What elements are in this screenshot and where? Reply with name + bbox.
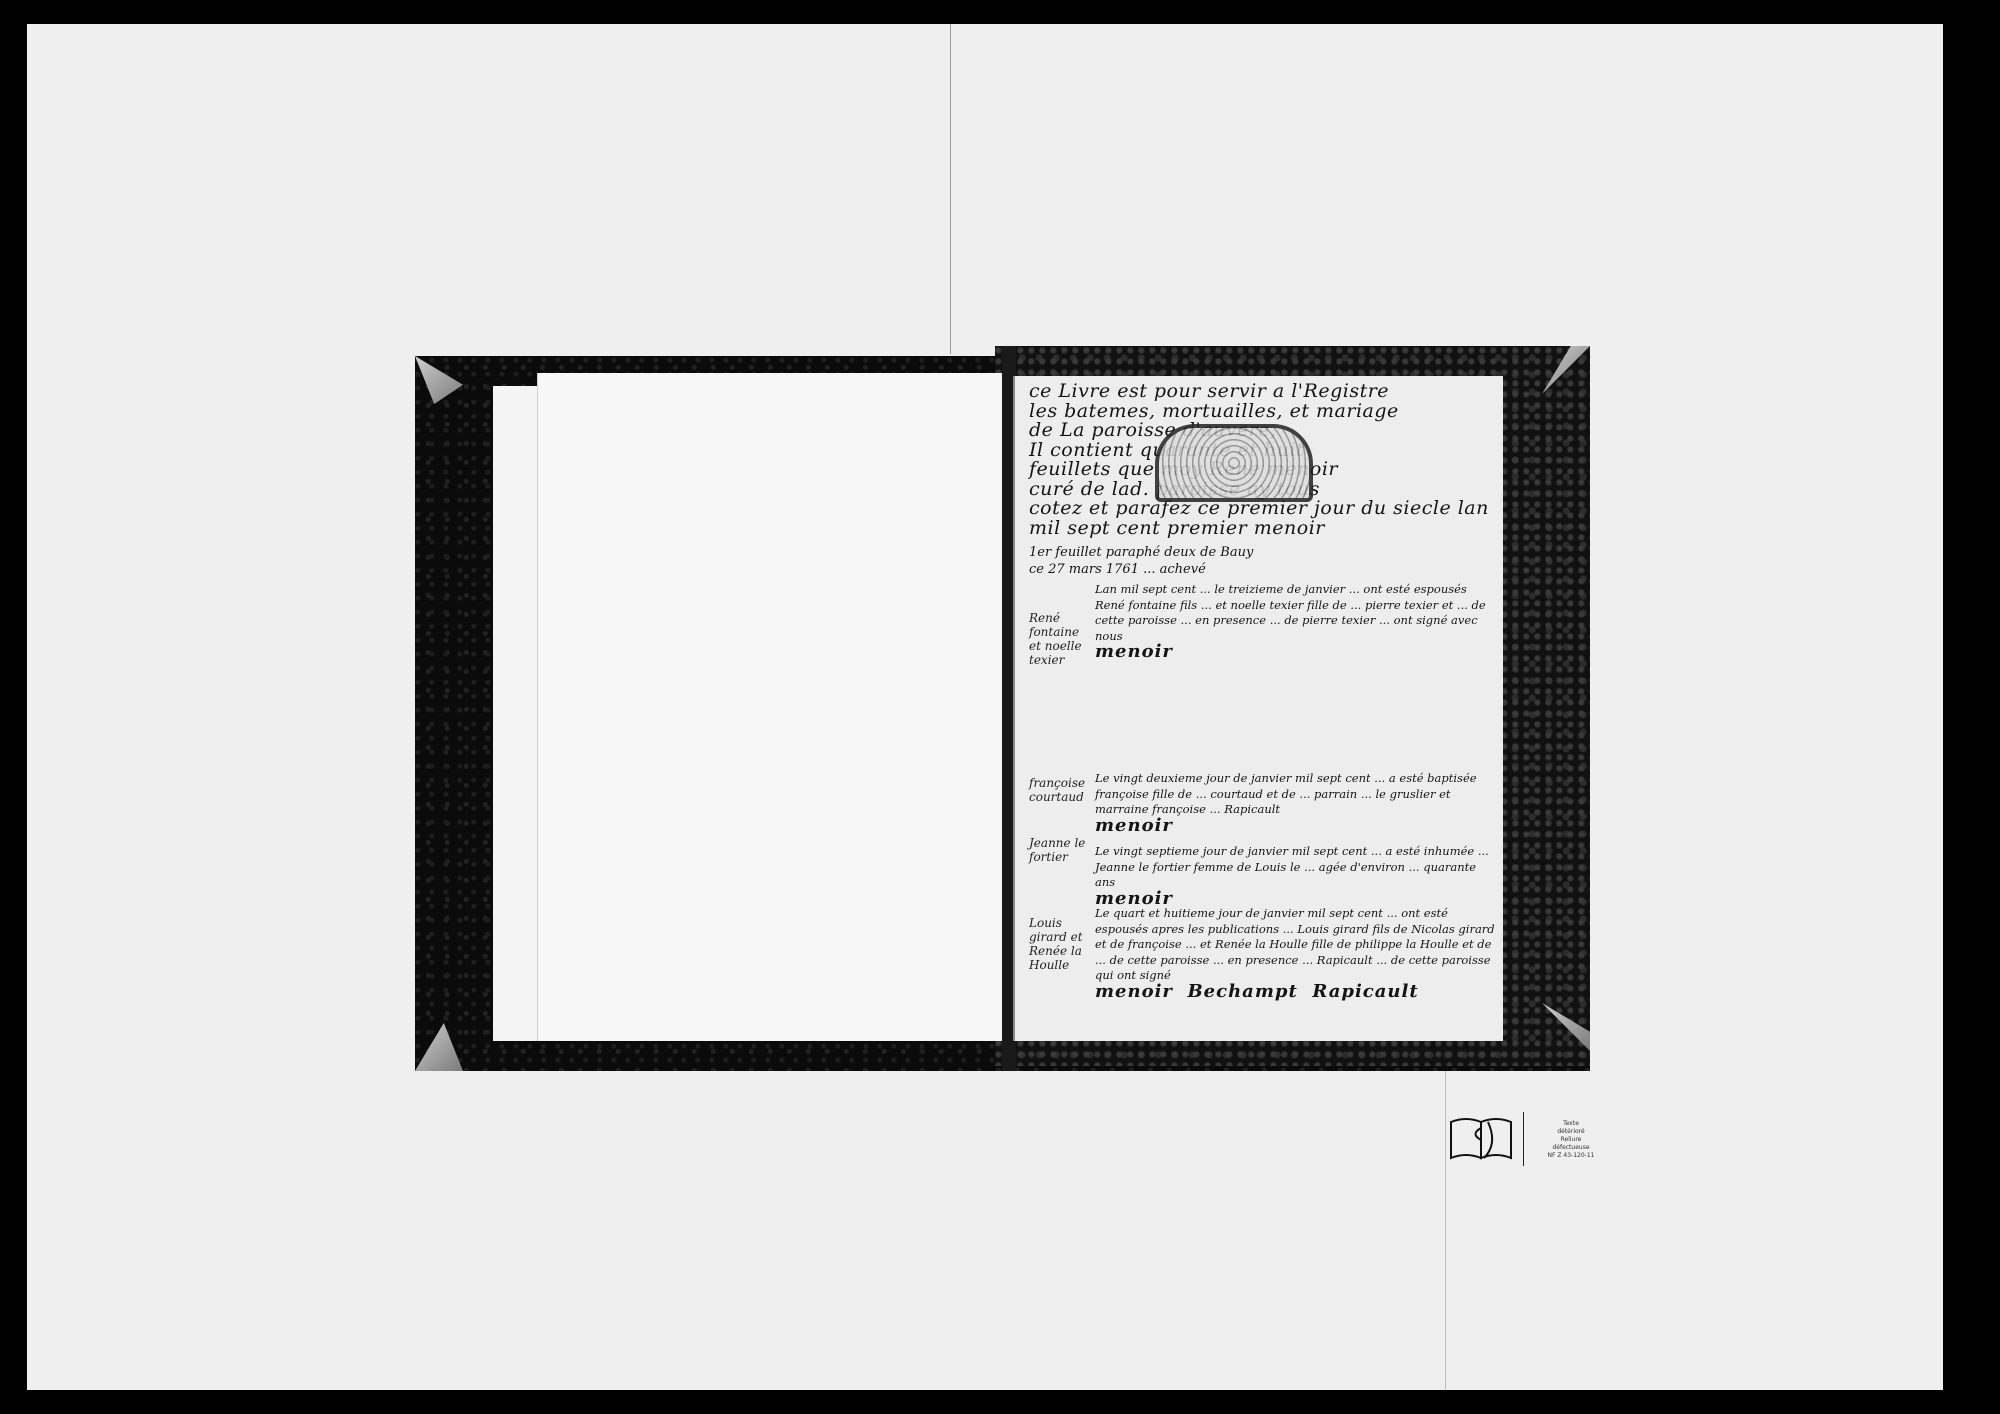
margin-name: René fontaine et noelle texier (1029, 611, 1091, 667)
signature: menoir Bechampt Rapicault (1095, 984, 1495, 1000)
stamp-line: défectueuse (1531, 1144, 1611, 1152)
stamp-line: détérioré (1531, 1128, 1611, 1136)
register-entry: Le vingt deuxieme jour de janvier mil se… (1095, 771, 1495, 833)
signature: menoir (1095, 891, 1495, 907)
register-subnote: 1er feuillet paraphé deux de Bauy ce 27 … (1029, 544, 1253, 578)
signature: menoir (1095, 981, 1173, 1002)
register-entry: Le quart et huitieme jour de janvier mil… (1095, 906, 1495, 999)
margin-name: françoise courtaud (1029, 776, 1091, 804)
damaged-book-icon (1448, 1114, 1516, 1162)
blank-left-page (537, 373, 1011, 1041)
entry-text: Le quart et huitieme jour de janvier mil… (1095, 906, 1495, 984)
entry-text: Le vingt septieme jour de janvier mil se… (1095, 844, 1495, 891)
stamp-line: Texte (1531, 1120, 1611, 1128)
stamp-label: Texte détérioré Reliure défectueuse NF Z… (1531, 1120, 1611, 1160)
stamp-line: NF Z 43-120-11 (1531, 1152, 1611, 1160)
register-entry: Lan mil sept cent ... le treizieme de ja… (1095, 582, 1495, 660)
fold-line (950, 24, 951, 354)
entry-text: Lan mil sept cent ... le treizieme de ja… (1095, 582, 1495, 644)
header-line: mil sept cent premier menoir (1029, 519, 1494, 539)
signature: Rapicault (1312, 981, 1418, 1002)
register-entry: Le vingt septieme jour de janvier mil se… (1095, 844, 1495, 906)
open-register-book: ce Livre est pour servir a l'Registre le… (415, 346, 1590, 1071)
condition-stamp: Texte détérioré Reliure défectueuse NF Z… (1443, 1110, 1618, 1170)
margin-name: Jeanne le fortier (1029, 836, 1091, 864)
header-line: ce Livre est pour servir a l'Registre (1029, 382, 1494, 402)
margin-name: Louis girard et Renée la Houlle (1029, 916, 1091, 972)
register-page: ce Livre est pour servir a l'Registre le… (1013, 376, 1503, 1041)
stamp-line: Reliure (1531, 1136, 1611, 1144)
entry-text: Le vingt deuxieme jour de janvier mil se… (1095, 771, 1495, 818)
stamp-divider (1523, 1112, 1524, 1166)
signature: menoir (1095, 644, 1495, 660)
tax-seal-stamp-icon (1155, 424, 1313, 502)
signature: Bechampt (1187, 981, 1297, 1002)
subnote-line: 1er feuillet paraphé deux de Bauy (1029, 544, 1253, 561)
subnote-line: ce 27 mars 1761 ... achevé (1029, 561, 1253, 578)
signature: menoir (1095, 818, 1495, 834)
